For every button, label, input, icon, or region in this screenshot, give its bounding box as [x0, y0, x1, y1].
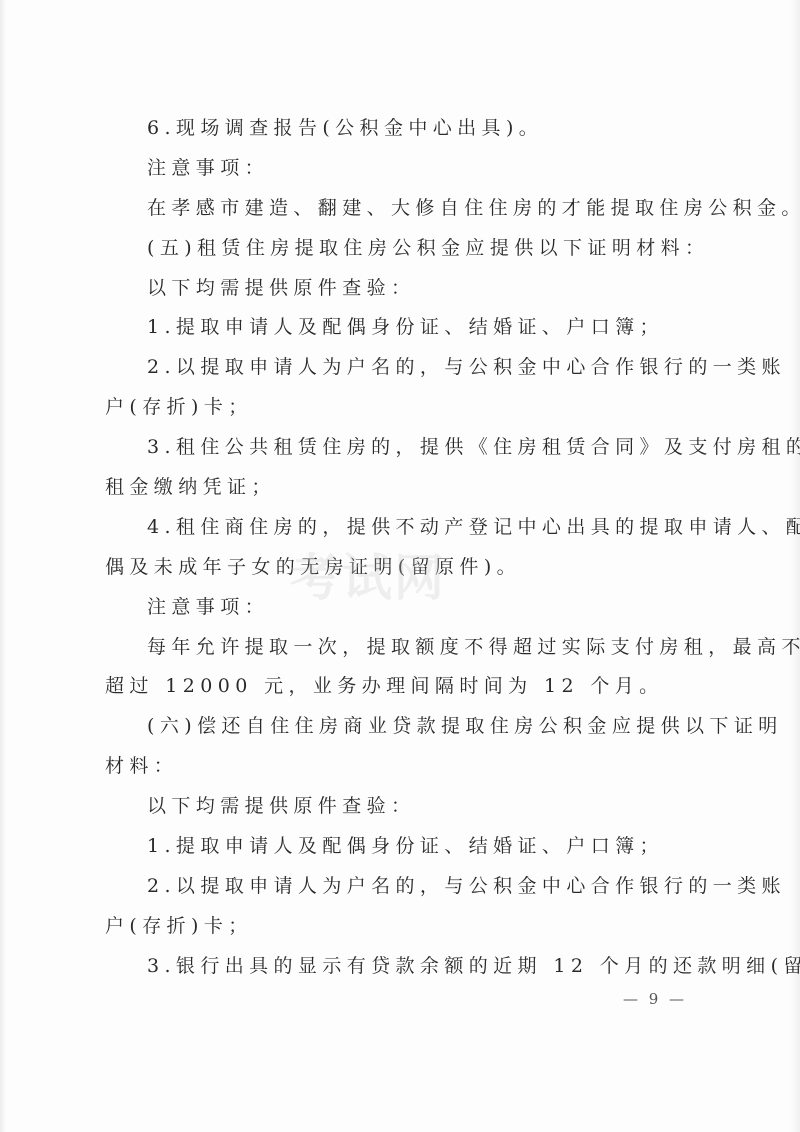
list-item-commercial-rental: 4.租住商住房的，提供不动产登记中心出具的提取申请人、配	[105, 512, 697, 552]
page-number: — 9 —	[620, 990, 690, 1008]
notice-heading: 注意事项：	[105, 153, 697, 193]
list-item-commercial-rental-cont: 偶及未成年子女的无房证明(留原件)。	[105, 552, 697, 592]
section-heading-rental: (五)租赁住房提取住房公积金应提供以下证明材料：	[105, 233, 697, 273]
list-item-public-rental: 3.租住公共租赁住房的，提供《住房租赁合同》及支付房租的	[105, 432, 697, 472]
originals-required-text: 以下均需提供原件查验：	[105, 273, 697, 313]
list-item-id-documents: 1.提取申请人及配偶身份证、结婚证、户口簿；	[105, 312, 697, 352]
list-item-bank-account-2-cont: 户(存折)卡；	[105, 911, 697, 951]
originals-required-text-2: 以下均需提供原件查验：	[105, 791, 697, 831]
document-page: 6.现场调查报告(公积金中心出具)。 注意事项： 在孝感市建造、翻建、大修自住住…	[0, 0, 800, 1132]
list-item-bank-account: 2.以提取申请人为户名的，与公积金中心合作银行的一类账	[105, 352, 697, 392]
list-item-public-rental-cont: 租金缴纳凭证；	[105, 472, 697, 512]
notice-text-rental-limit: 每年允许提取一次，提取额度不得超过实际支付房租，最高不	[105, 632, 697, 672]
list-item-bank-account-2: 2.以提取申请人为户名的，与公积金中心合作银行的一类账	[105, 871, 697, 911]
list-item-bank-account-cont: 户(存折)卡；	[105, 392, 697, 432]
list-item-id-documents-2: 1.提取申请人及配偶身份证、结婚证、户口簿；	[105, 831, 697, 871]
section-heading-loan-repayment-cont: 材料：	[105, 751, 697, 791]
scan-edge-left	[0, 0, 6, 1132]
list-item-repayment-statement: 3.银行出具的显示有贷款余额的近期 12 个月的还款明细(留	[105, 951, 697, 991]
notice-text-rental-limit-cont: 超过 12000 元，业务办理间隔时间为 12 个月。	[105, 671, 697, 711]
document-body: 6.现场调查报告(公积金中心出具)。 注意事项： 在孝感市建造、翻建、大修自住住…	[105, 113, 697, 991]
section-heading-loan-repayment: (六)偿还自住住房商业贷款提取住房公积金应提供以下证明	[105, 711, 697, 751]
notice-text-build-repair: 在孝感市建造、翻建、大修自住住房的才能提取住房公积金。	[105, 193, 697, 233]
notice-heading-2: 注意事项：	[105, 592, 697, 632]
list-item-site-survey-report: 6.现场调查报告(公积金中心出具)。	[105, 113, 697, 153]
